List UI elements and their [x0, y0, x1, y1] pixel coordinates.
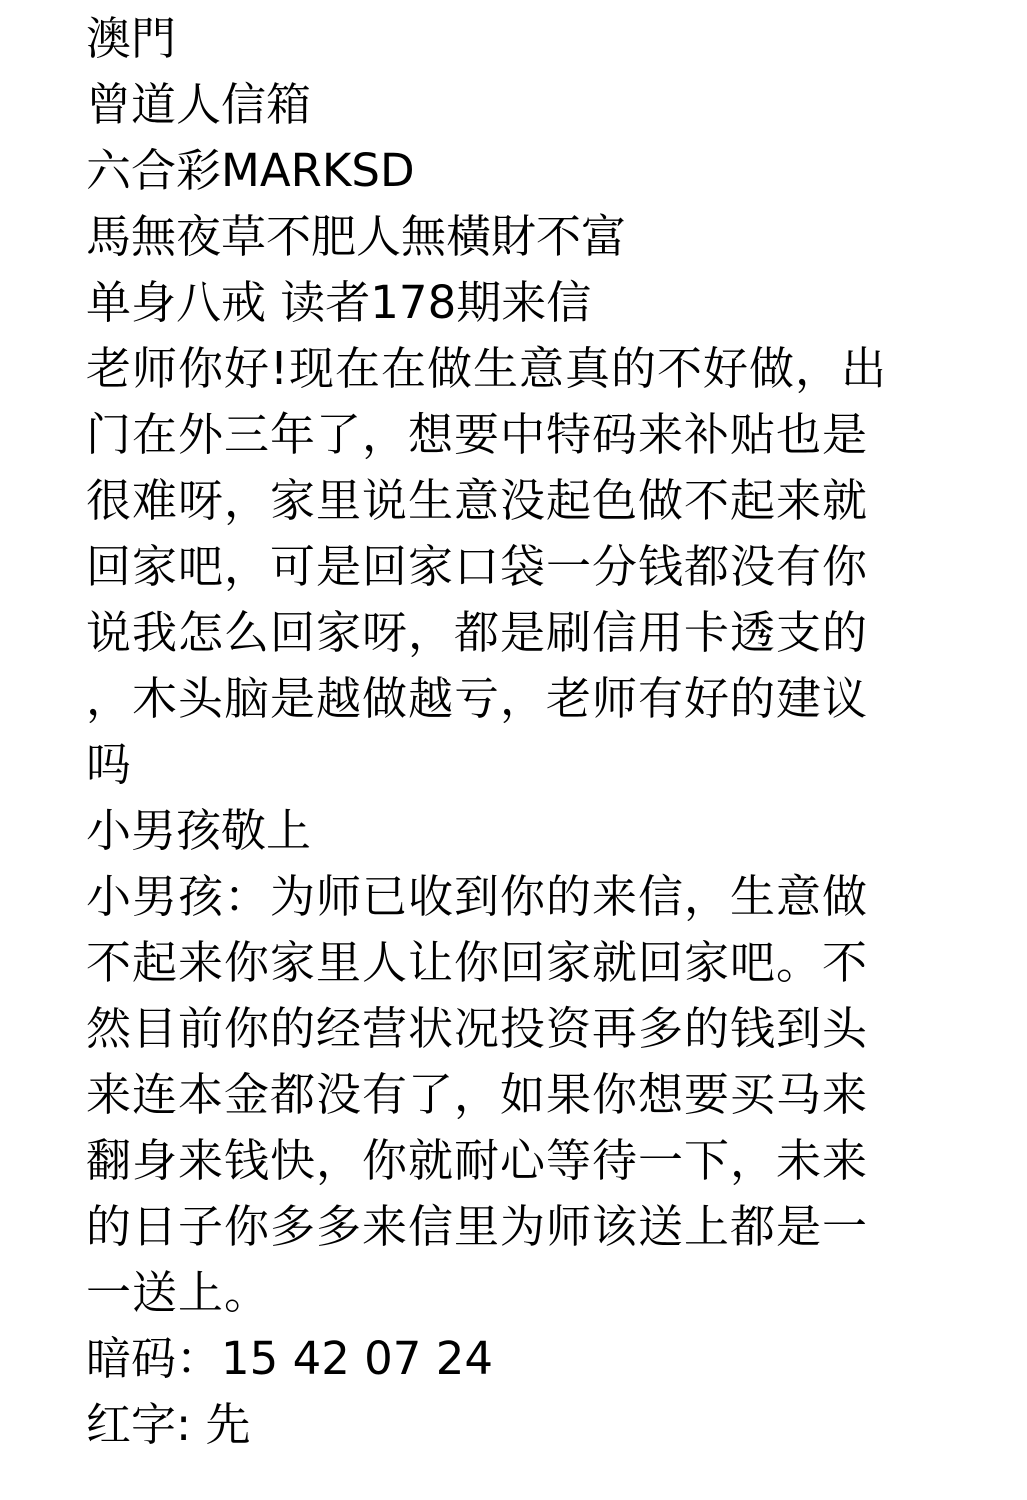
reader-letter: 老师你好!现在在做生意真的不好做，出 门在外三年了，想要中特码来补贴也是 很难呀… — [86, 336, 946, 798]
letter-line: 说我怎么回家呀，都是刷信用卡透支的 — [86, 600, 946, 666]
brand-line: 六合彩MARKSD — [86, 138, 946, 204]
location-line: 澳門 — [86, 6, 946, 72]
letter-line: 吗 — [86, 732, 946, 798]
red-word-line: 红字: 先 — [86, 1392, 946, 1458]
letter-line: 门在外三年了，想要中特码来补贴也是 — [86, 402, 946, 468]
reply-line: 的日子你多多来信里为师该送上都是一 — [86, 1194, 946, 1260]
reply-line: 翻身来钱快，你就耐心等待一下，未来 — [86, 1128, 946, 1194]
reply-text: 小男孩：为师已收到你的来信，生意做 不起来你家里人让你回家就回家吧。不 然目前你… — [86, 864, 946, 1326]
motto-line: 馬無夜草不肥人無橫財不富 — [86, 204, 946, 270]
letter-line: 回家吧，可是回家口袋一分钱都没有你 — [86, 534, 946, 600]
reply-line: 小男孩：为师已收到你的来信，生意做 — [86, 864, 946, 930]
letter-signature: 小男孩敬上 — [86, 798, 946, 864]
reply-line: 一送上。 — [86, 1260, 946, 1326]
reply-line: 来连本金都没有了，如果你想要买马来 — [86, 1062, 946, 1128]
document-body: 澳門 曾道人信箱 六合彩MARKSD 馬無夜草不肥人無橫財不富 单身八戒 读者1… — [86, 6, 946, 1458]
letter-line: ，木头脑是越做越亏，老师有好的建议 — [86, 666, 946, 732]
secret-code-line: 暗码：15 42 07 24 — [86, 1326, 946, 1392]
reply-line: 不起来你家里人让你回家就回家吧。不 — [86, 930, 946, 996]
mailbox-title: 曾道人信箱 — [86, 72, 946, 138]
letter-line: 老师你好!现在在做生意真的不好做，出 — [86, 336, 946, 402]
reply-line: 然目前你的经营状况投资再多的钱到头 — [86, 996, 946, 1062]
letter-line: 很难呀，家里说生意没起色做不起来就 — [86, 468, 946, 534]
letter-heading: 单身八戒 读者178期来信 — [86, 270, 946, 336]
